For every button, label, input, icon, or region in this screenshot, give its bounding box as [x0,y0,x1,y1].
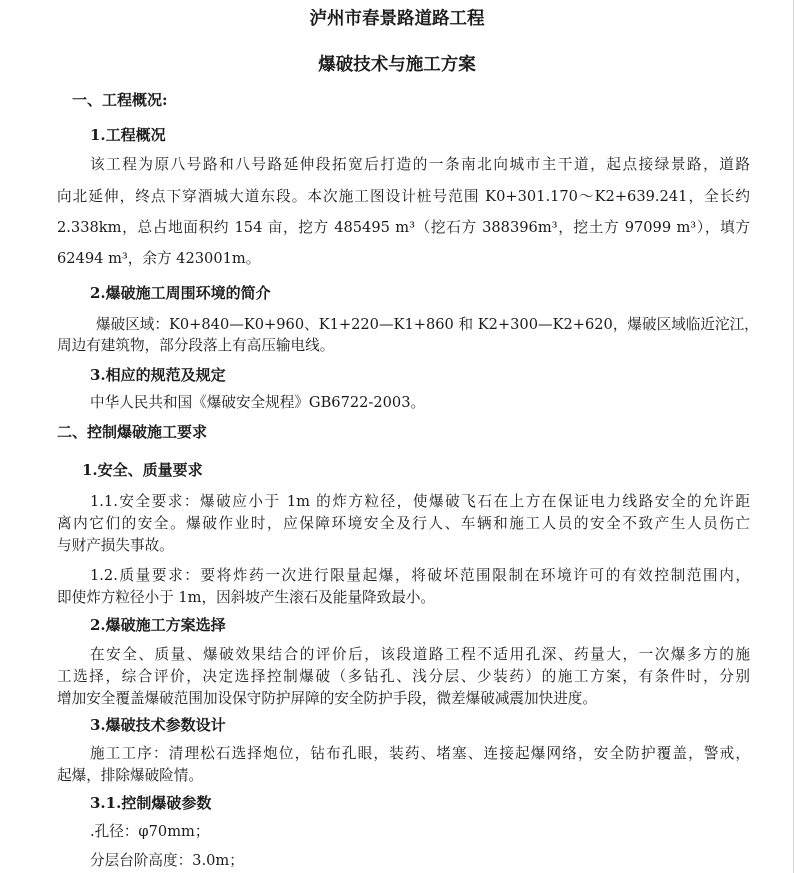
paragraph-line: 中华人民共和国《爆破安全规程》GB6722-2003。 [90,393,425,413]
paragraph-line: 起爆，排除爆破险情。 [57,766,203,786]
paragraph-line: 2.338km，总占地面积约 154 亩，挖方 485495 m³（挖石方 38… [57,218,750,238]
document-title: 泸州市春景路道路工程 [0,9,794,29]
subsection-heading-1-2: 2.爆破施工周围环境的简介 [90,283,271,303]
paragraph-line: 增加安全覆盖爆破范围加设保守防护屏障的安全防护手段，微差爆破减震加快进度。 [57,689,597,709]
subsection-heading-1-3: 3.相应的规范及规定 [90,365,226,385]
paragraph-line: 向北延伸，终点下穿酒城大道东段。本次施工图设计桩号范围 K0+301.170～K… [57,187,750,207]
section-heading-1: 一、工程概况: [72,90,168,110]
subsection-heading-2-2: 2.爆破施工方案选择 [90,615,226,635]
subsection-heading-2-3-1: 3.1.控制爆破参数 [90,793,211,813]
paragraph-line: 周边有建筑物，部分段落上有高压输电线。 [57,336,334,356]
paragraph-line: 工选择，综合评价，决定选择控制爆破（多钻孔、浅分层、少装药）的施工方案，有条件时… [57,667,750,687]
paragraph-line: 与财产损失事故。 [57,536,174,556]
document-page: 泸州市春景路道路工程 爆破技术与施工方案 一、工程概况: 1.工程概况 该工程为… [0,0,794,873]
subsection-heading-1-1: 1.工程概况 [90,125,166,145]
paragraph-line: 离内它们的安全。爆破作业时，应保障环境安全及行人、车辆和施工人员的安全不致产生人… [57,514,750,534]
subsection-heading-2-3: 3.爆破技术参数设计 [90,715,226,735]
parameter-bench-height: 分层台阶高度：3.0m； [90,851,244,871]
document-subtitle: 爆破技术与施工方案 [0,55,794,75]
subsection-heading-2-1: 1.安全、质量要求 [82,460,203,480]
paragraph-line: 即使炸方粒径小于 1m，因斜坡产生滚石及能量降致最小。 [57,588,435,608]
paragraph-line: 爆破区域：K0+840—K0+960、K1+220—K1+860 和 K2+30… [96,315,750,335]
paragraph-line: 62494 m³，余方 423001m。 [57,249,260,269]
paragraph-line: 施工工序：清理松石选择炮位，钻布孔眼，装药、堵塞、连接起爆网络，安全防护覆盖，警… [90,744,750,764]
section-heading-2: 二、控制爆破施工要求 [57,422,207,442]
paragraph-line: 在安全、质量、爆破效果结合的评价后，该段道路工程不适用孔深、药量大，一次爆多方的… [90,645,750,665]
paragraph-line: 1.2.质量要求：要将炸药一次进行限量起爆，将破坏范围限制在环境许可的有效控制范… [90,566,750,586]
paragraph-line: 该工程为原八号路和八号路延伸段拓宽后打造的一条南北向城市主干道，起点接绿景路，道… [90,155,750,175]
paragraph-line: 1.1.安全要求：爆破应小于 1m 的炸方粒径，使爆破飞石在上方在保证电力线路安… [90,492,750,512]
parameter-hole-diameter: .孔径：φ70mm； [90,822,209,842]
